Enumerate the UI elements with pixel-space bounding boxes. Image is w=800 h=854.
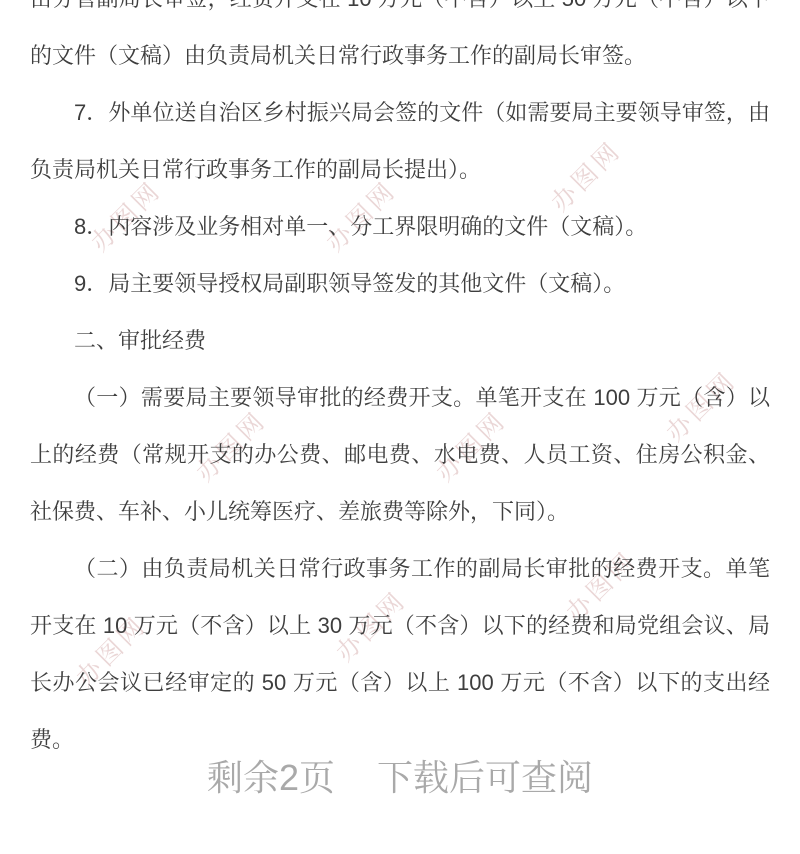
paragraph-continued-from-previous-page: 由分管副局长审签，经费开支在 10 万元（不含）以上 50 万元（不含）以下的文… [30, 0, 770, 84]
paragraph-expense-rule-1: （一）需要局主要领导审批的经费开支。单笔开支在 100 万元（含）以上的经费（常… [30, 369, 770, 540]
paragraph-item-9: 9．局主要领导授权局副职领导签发的其他文件（文稿）。 [30, 255, 770, 312]
document-body: 由分管副局长审签，经费开支在 10 万元（不含）以上 50 万元（不含）以下的文… [0, 0, 800, 768]
remaining-pages-label: 剩余2页 [207, 750, 335, 801]
paragraph-item-8: 8．内容涉及业务相对单一、分工界限明确的文件（文稿）。 [30, 198, 770, 255]
paragraph-expense-rule-2: （二）由负责局机关日常行政事务工作的副局长审批的经费开支。单笔开支在 10 万元… [30, 540, 770, 768]
preview-footer: 剩余2页 下载后可查阅 [0, 750, 800, 801]
section-heading-approve-expenses: 二、审批经费 [30, 312, 770, 369]
download-hint-label: 下载后可查阅 [377, 750, 593, 801]
document-page: 办图网 办图网 办图网 办图网 办图网 办图网 办图网 办图网 办图网 由分管副… [0, 0, 800, 854]
paragraph-item-7: 7．外单位送自治区乡村振兴局会签的文件（如需要局主要领导审签，由负责局机关日常行… [30, 84, 770, 198]
